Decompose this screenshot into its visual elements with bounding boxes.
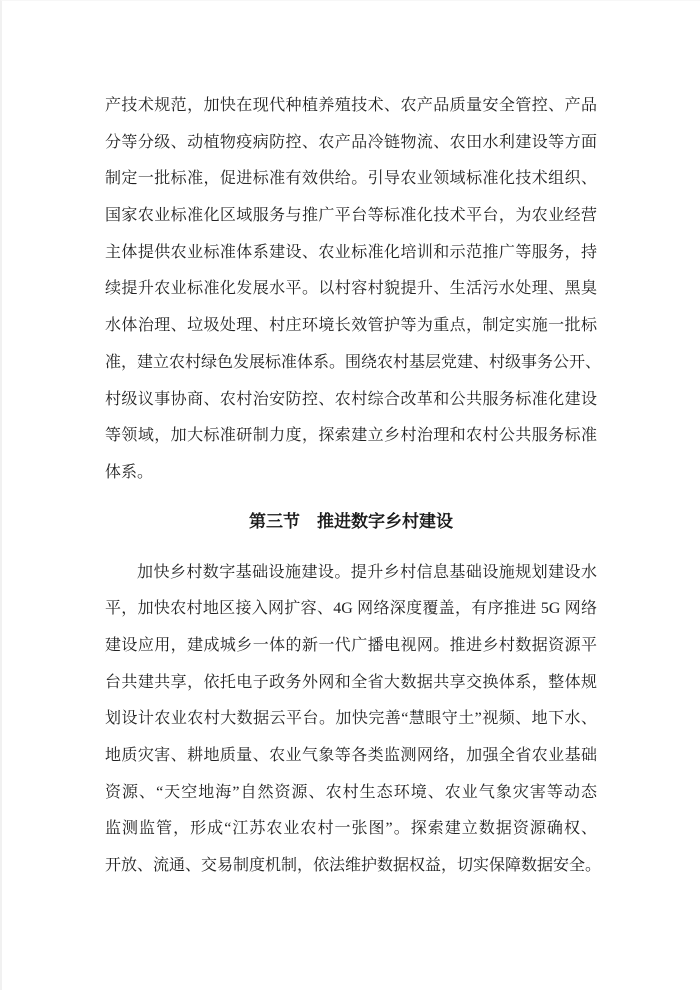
text-line: 资源、“天空地海”自然资源、农村生态环境、农业气象灾害等动态 (105, 775, 597, 812)
text-line: 主体提供农业标准体系建设、农业标准化培训和示范推广等服务，持 (105, 235, 597, 272)
text-line: 国家农业标准化区域服务与推广平台等标准化技术平台，为农业经营 (105, 198, 597, 235)
text-line: 建设应用，建成城乡一体的新一代广播电视网。推进乡村数据资源平 (105, 628, 597, 665)
text-line: 准，建立农村绿色发展标准体系。围绕农村基层党建、村级事务公开、 (105, 345, 597, 382)
text-line: 产技术规范，加快在现代种植养殖技术、农产品质量安全管控、产品 (105, 88, 597, 125)
text-line: 开放、流通、交易制度机制，依法维护数据权益，切实保障数据安全。 (105, 848, 597, 885)
text-line: 体系。 (105, 455, 597, 492)
page-content: 产技术规范，加快在现代种植养殖技术、农产品质量安全管控、产品分等分级、动植物疫病… (105, 88, 597, 885)
text-line: 制定一批标准，促进标准有效供给。引导农业领域标准化技术组织、 (105, 161, 597, 198)
document-page: 产技术规范，加快在现代种植养殖技术、农产品质量安全管控、产品分等分级、动植物疫病… (0, 0, 700, 990)
text-line: 平，加快农村地区接入网扩容、4G 网络深度覆盖，有序推进 5G 网络 (105, 591, 597, 628)
text-line: 村级议事协商、农村治安防控、农村综合改革和公共服务标准化建设 (105, 382, 597, 419)
text-line: 水体治理、垃圾处理、村庄环境长效管护等为重点，制定实施一批标 (105, 308, 597, 345)
text-line: 台共建共享，依托电子政务外网和全省大数据共享交换体系，整体规 (105, 665, 597, 702)
text-line: 续提升农业标准化发展水平。以村容村貌提升、生活污水处理、黑臭 (105, 271, 597, 308)
text-line: 分等分级、动植物疫病防控、农产品冷链物流、农田水利建设等方面 (105, 125, 597, 162)
text-line: 等领域，加大标准研制力度，探索建立乡村治理和农村公共服务标准 (105, 418, 597, 455)
text-line: 划设计农业农村大数据云平台。加快完善“慧眼守土”视频、地下水、 (105, 701, 597, 738)
text-line: 地质灾害、耕地质量、农业气象等各类监测网络，加强全省农业基础 (105, 738, 597, 775)
text-line: 监测监管，形成“江苏农业农村一张图”。探索建立数据资源确权、 (105, 811, 597, 848)
text-line: 加快乡村数字基础设施建设。提升乡村信息基础设施规划建设水 (105, 555, 597, 592)
paragraph-agricultural-standards: 产技术规范，加快在现代种植养殖技术、农产品质量安全管控、产品分等分级、动植物疫病… (105, 88, 597, 492)
section-heading: 第三节 推进数字乡村建设 (105, 503, 597, 540)
paragraph-digital-village: 加快乡村数字基础设施建设。提升乡村信息基础设施规划建设水平，加快农村地区接入网扩… (105, 555, 597, 885)
